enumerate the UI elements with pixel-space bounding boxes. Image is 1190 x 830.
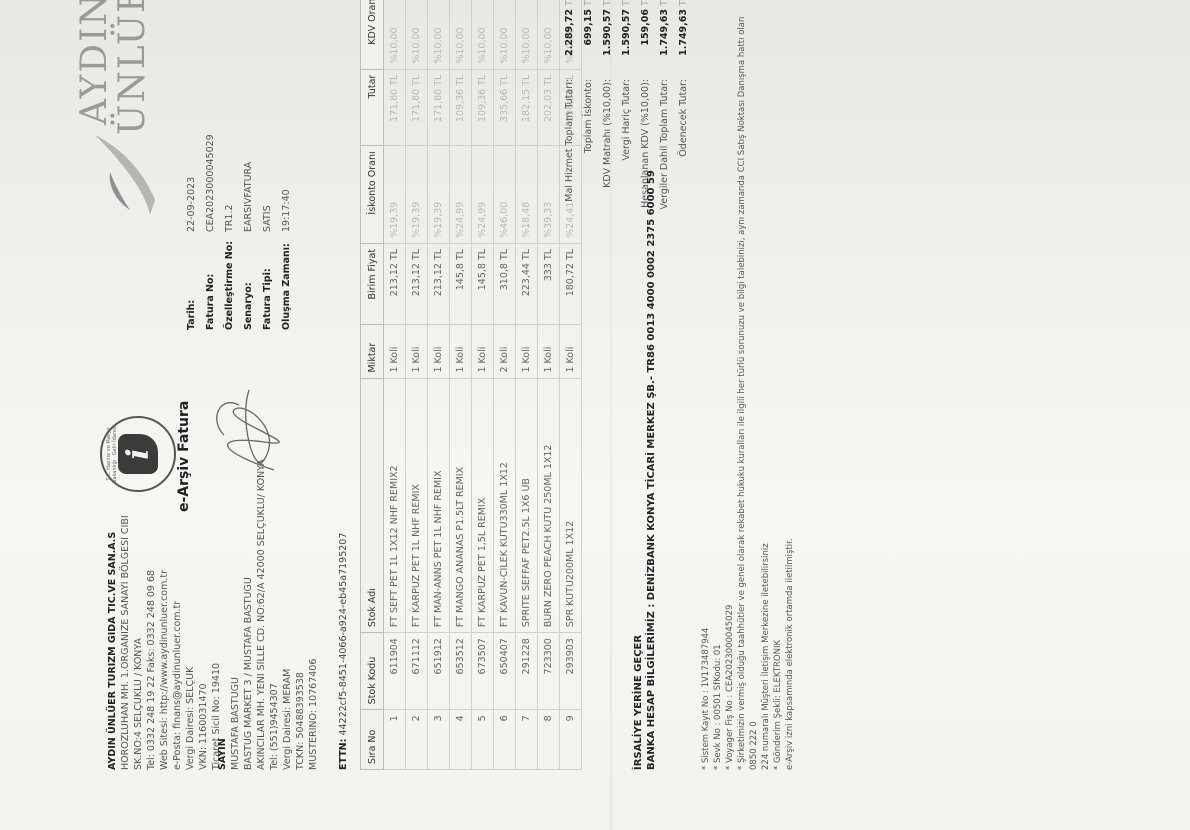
total-currency: TL — [655, 0, 674, 9]
total-row: Ödenecek Tutar:1.749,63TL — [674, 0, 693, 210]
buyer-line: MUSTAFA BASTUGU — [229, 459, 242, 770]
buyer-line: AKINCILAR MH. YENI SILLE CD. NO:62/A 420… — [255, 459, 268, 770]
table-cell: 109,36 TL — [472, 69, 494, 146]
footer-heading: İRSALİYE YERİNE GEÇER BANKA HESAP BİLGİL… — [632, 170, 658, 770]
table-cell: 145,8 TL — [472, 243, 494, 324]
column-header: Tutar — [361, 69, 384, 146]
footer-note: Sevk No : 00501 SfKodu: 01 — [712, 0, 724, 770]
footer-notes: Sistem Kayıt No : 1V173487944Sevk No : 0… — [700, 0, 796, 770]
table-row: 2671112FT KARPUZ PET 1L NHF REMIX1 Koli2… — [406, 0, 428, 770]
total-row: Mal Hizmet Toplam Tutarı:2.289,72TL — [560, 0, 579, 210]
table-cell: 5 — [472, 710, 494, 770]
meta-row: Oluşma Zamanı:19:17:40 — [277, 134, 296, 330]
table-cell: 109,36 TL — [450, 69, 472, 146]
table-cell: 182,15 TL — [516, 69, 538, 146]
table-cell: 171,80 TL — [406, 69, 428, 146]
table-cell: %10,00 — [384, 0, 406, 69]
table-row: 1611904FT SEFT PET 1L 1X12 NHF REMIX21 K… — [384, 0, 406, 770]
total-label: KDV Matrahı (%10,00): — [598, 79, 617, 188]
table-cell: 202,03 TL — [538, 69, 560, 146]
total-currency: TL — [579, 0, 598, 9]
table-cell: 650407 — [494, 633, 516, 710]
buyer-line: Vergi Dairesi: MERAM — [281, 459, 294, 770]
sender-line: Vergi Dairesi: SELÇUK — [184, 515, 197, 770]
sender-line: e-Posta: finans@aydinunluer.com.tr — [171, 515, 184, 770]
table-cell: %19,39 — [384, 146, 406, 244]
total-label: Mal Hizmet Toplam Tutarı: — [560, 79, 579, 202]
items-table: Sıra NoStok KoduStok AdıMiktarBirim Fiya… — [360, 0, 582, 770]
table-cell: 1 Koli — [516, 324, 538, 378]
table-cell: 335,66 TL — [494, 69, 516, 146]
table-cell: 3 — [428, 710, 450, 770]
total-value: 1.749,63 — [674, 9, 693, 79]
table-cell: 8 — [538, 710, 560, 770]
table-row: 6650407FT KAVUN-CILEK KUTU330ML 1X122 Ko… — [494, 0, 516, 770]
table-cell: FT SEFT PET 1L 1X12 NHF REMIX2 — [384, 378, 406, 633]
buyer-line: MUSTERINO: 10767406 — [307, 459, 320, 770]
table-cell: 145,8 TL — [450, 243, 472, 324]
invoice-meta: Tarih:22-09-2023Fatura No:CEA20230000450… — [182, 134, 296, 330]
totals-block: Mal Hizmet Toplam Tutarı:2.289,72TLTopla… — [560, 0, 693, 210]
table-cell: %10,00 — [406, 0, 428, 69]
table-cell: 4 — [450, 710, 472, 770]
irsaliye-note: İRSALİYE YERİNE GEÇER — [632, 170, 645, 770]
sender-line: Tel: 0332 248 19 22 Faks: 0332 248 09 68 — [145, 515, 158, 770]
table-cell: 723300 — [538, 633, 560, 710]
table-cell: %24,99 — [450, 146, 472, 244]
sender-name: AYDIN ÜNLÜER TURIZM GIDA TIC.VE SAN.A.S — [106, 515, 119, 770]
footer-note: Şirketimizin vermiş olduğu taahhütler ve… — [736, 0, 760, 770]
meta-row: Senaryo:EARSIVFATURA — [239, 134, 258, 330]
total-currency: TL — [598, 0, 617, 9]
table-cell: %10,00 — [428, 0, 450, 69]
total-value: 159,06 — [636, 9, 655, 79]
total-value: 1.590,57 — [598, 9, 617, 79]
table-cell: 1 Koli — [472, 324, 494, 378]
table-cell: 293903 — [560, 633, 582, 710]
sender-line: VKN: 1160031470 — [197, 515, 210, 770]
table-cell: 291228 — [516, 633, 538, 710]
buyer-block: SAYIN MUSTAFA BASTUGUBASTUG MARKET 3 / M… — [216, 459, 320, 770]
meta-row: Tarih:22-09-2023 — [182, 134, 201, 330]
table-cell: 1 Koli — [538, 324, 560, 378]
table-cell: 611904 — [384, 633, 406, 710]
seal-ring-text: T.C. Hazine ve Maliye Bakanlığı · Gelir … — [106, 418, 118, 490]
total-label: Toplam İskonto: — [579, 79, 598, 153]
column-header: Stok Adı — [361, 378, 384, 633]
table-cell: 7 — [516, 710, 538, 770]
table-cell: 1 Koli — [384, 324, 406, 378]
meta-value: 22-09-2023 — [182, 177, 201, 232]
meta-value: CEA2023000045029 — [201, 134, 220, 232]
footer-note: Sistem Kayıt No : 1V173487944 — [700, 0, 712, 770]
table-cell: 223,44 TL — [516, 243, 538, 324]
table-cell: 651912 — [428, 633, 450, 710]
table-row: 8723300BURN ZERO PEACH KUTU 250ML 1X121 … — [538, 0, 560, 770]
table-cell: %46,00 — [494, 146, 516, 244]
total-row: Toplam İskonto:699,15TL — [579, 0, 598, 210]
meta-label: Senaryo: — [239, 232, 258, 330]
column-header: KDV Oranı — [361, 0, 384, 69]
table-cell: 653512 — [450, 633, 472, 710]
total-currency: TL — [674, 0, 693, 9]
logo-swoosh-icon — [90, 130, 160, 220]
table-cell: %10,00 — [516, 0, 538, 69]
seal-glyph: i — [118, 434, 158, 474]
footer-note: Voyager Fiş No : CEA2023000045029 — [724, 0, 736, 770]
table-header-row: Sıra NoStok KoduStok AdıMiktarBirim Fiya… — [361, 0, 384, 770]
column-header: Miktar — [361, 324, 384, 378]
total-value: 699,15 — [579, 9, 598, 79]
table-cell: 1 Koli — [406, 324, 428, 378]
table-cell: %24,99 — [472, 146, 494, 244]
ettn-label: ETTN: — [338, 739, 349, 770]
sender-block: AYDIN ÜNLÜER TURIZM GIDA TIC.VE SAN.A.S … — [106, 515, 223, 770]
table-cell: 171,80 TL — [384, 69, 406, 146]
table-row: 4653512FT MANGO ANANAS P1.5LT REMIX1 Kol… — [450, 0, 472, 770]
table-cell: FT KAVUN-CILEK KUTU330ML 1X12 — [494, 378, 516, 633]
table-cell: SPR KUTU200ML 1X12 — [560, 378, 582, 633]
meta-value: SATIS — [258, 205, 277, 232]
total-currency: TL — [617, 0, 636, 9]
meta-value: 19:17:40 — [277, 189, 296, 232]
footer-note: e-Arşiv izni kapsamında elektronik ortam… — [784, 0, 796, 770]
table-cell: FT MANGO ANANAS P1.5LT REMIX — [450, 378, 472, 633]
total-value: 1.749,63 — [655, 9, 674, 79]
table-row: 7291228SPRITE SEFFAF PET2.5L 1X6 UB1 Kol… — [516, 0, 538, 770]
meta-label: Özelleştirme No: — [220, 232, 239, 330]
table-cell: %10,00 — [494, 0, 516, 69]
meta-value: EARSIVFATURA — [239, 162, 258, 232]
logo-word-1: AYDIN — [74, 0, 115, 125]
total-label: Vergi Hariç Tutar: — [617, 79, 636, 161]
table-row: 5673507FT KARPUZ PET 1,5L REMIX1 Koli145… — [472, 0, 494, 770]
table-cell: FT KARPUZ PET 1L NHF REMIX — [406, 378, 428, 633]
table-cell: %10,00 — [450, 0, 472, 69]
total-label: Ödenecek Tutar: — [674, 79, 693, 157]
sender-line: SK.NO:4 SELÇUKLU / KONYA — [132, 515, 145, 770]
meta-row: Özelleştirme No:TR1.2 — [220, 134, 239, 330]
meta-label: Fatura No: — [201, 232, 220, 330]
meta-row: Fatura Tipi:SATIS — [258, 134, 277, 330]
total-row: KDV Matrahı (%10,00):1.590,57TL — [598, 0, 617, 210]
table-cell: 2 Koli — [494, 324, 516, 378]
column-header: Sıra No — [361, 710, 384, 770]
meta-label: Tarih: — [182, 232, 201, 330]
table-cell: 1 Koli — [450, 324, 472, 378]
logo-word-2: ÜNLÜER — [112, 0, 153, 135]
table-cell: %10,00 — [472, 0, 494, 69]
bank-info: BANKA HESAP BİLGİLERİMİZ : DENİZBANK KON… — [645, 170, 658, 770]
table-cell: 1 — [384, 710, 406, 770]
total-currency: TL — [560, 0, 579, 9]
table-cell: %19,39 — [428, 146, 450, 244]
sender-line: Web Sitesi: http://www.aydinunluer.com.t… — [158, 515, 171, 770]
table-cell: 180,72 TL — [560, 243, 582, 324]
document-type: e-Arşiv Fatura — [176, 401, 192, 512]
table-cell: 671112 — [406, 633, 428, 710]
meta-value: TR1.2 — [220, 204, 239, 232]
sender-line: HOROZLUHAN MH. 1.ORGANIZE SANAYI BÖLGESI… — [119, 515, 132, 770]
meta-label: Oluşma Zamanı: — [277, 232, 296, 330]
table-cell: 1 Koli — [560, 324, 582, 378]
company-logo: AYDIN ÜNLÜER — [70, 20, 180, 220]
total-currency: TL — [636, 0, 655, 9]
table-cell: 213,12 TL — [384, 243, 406, 324]
table-cell: 213,12 TL — [406, 243, 428, 324]
total-value: 2.289,72 — [560, 9, 579, 79]
buyer-line: BASTUG MARKET 3 / MUSTAFA BASTUGU — [242, 459, 255, 770]
table-cell: 310,8 TL — [494, 243, 516, 324]
table-cell: 213,12 TL — [428, 243, 450, 324]
meta-row: Fatura No:CEA2023000045029 — [201, 134, 220, 330]
table-cell: %10,00 — [538, 0, 560, 69]
table-cell: 2 — [406, 710, 428, 770]
footer-note: Gönderim Şekli: ELEKTRONIK — [772, 0, 784, 770]
table-cell: 9 — [560, 710, 582, 770]
table-cell: 1 Koli — [428, 324, 450, 378]
column-header: Stok Kodu — [361, 633, 384, 710]
table-cell: %39,33 — [538, 146, 560, 244]
ettn-value: 44222cf5-8451-4066-a924-eb45a7195207 — [338, 533, 349, 736]
table-cell: 333 TL — [538, 243, 560, 324]
table-cell: 673507 — [472, 633, 494, 710]
meta-label: Fatura Tipi: — [258, 232, 277, 330]
gib-seal-icon: T.C. Hazine ve Maliye Bakanlığı · Gelir … — [100, 416, 176, 492]
table-cell: %19,39 — [406, 146, 428, 244]
column-header: Birim Fiyat — [361, 243, 384, 324]
buyer-line: Tel: (551)9454307 — [268, 459, 281, 770]
table-cell: 171,80 TL — [428, 69, 450, 146]
invoice-paper: AYDIN ÜNLÜER TURIZM GIDA TIC.VE SAN.A.S … — [0, 0, 1190, 830]
table-cell: SPRITE SEFFAF PET2.5L 1X6 UB — [516, 378, 538, 633]
ettn: ETTN: 44222cf5-8451-4066-a924-eb45a71952… — [338, 533, 349, 770]
column-header: İskonto Oranı — [361, 146, 384, 244]
table-cell: FT MAN-ANNS PET 1L NHF REMIX — [428, 378, 450, 633]
signature-icon — [204, 380, 294, 490]
table-cell: BURN ZERO PEACH KUTU 250ML 1X12 — [538, 378, 560, 633]
buyer-heading: SAYIN — [216, 459, 229, 770]
footer-note: 224 numaralı Müşteri İletişim Merkezine … — [760, 0, 772, 770]
table-cell: %18,48 — [516, 146, 538, 244]
table-cell: 6 — [494, 710, 516, 770]
table-row: 3651912FT MAN-ANNS PET 1L NHF REMIX1 Kol… — [428, 0, 450, 770]
buyer-line: TCKN: 50488393538 — [294, 459, 307, 770]
table-cell: FT KARPUZ PET 1,5L REMIX — [472, 378, 494, 633]
total-value: 1.590,57 — [617, 9, 636, 79]
